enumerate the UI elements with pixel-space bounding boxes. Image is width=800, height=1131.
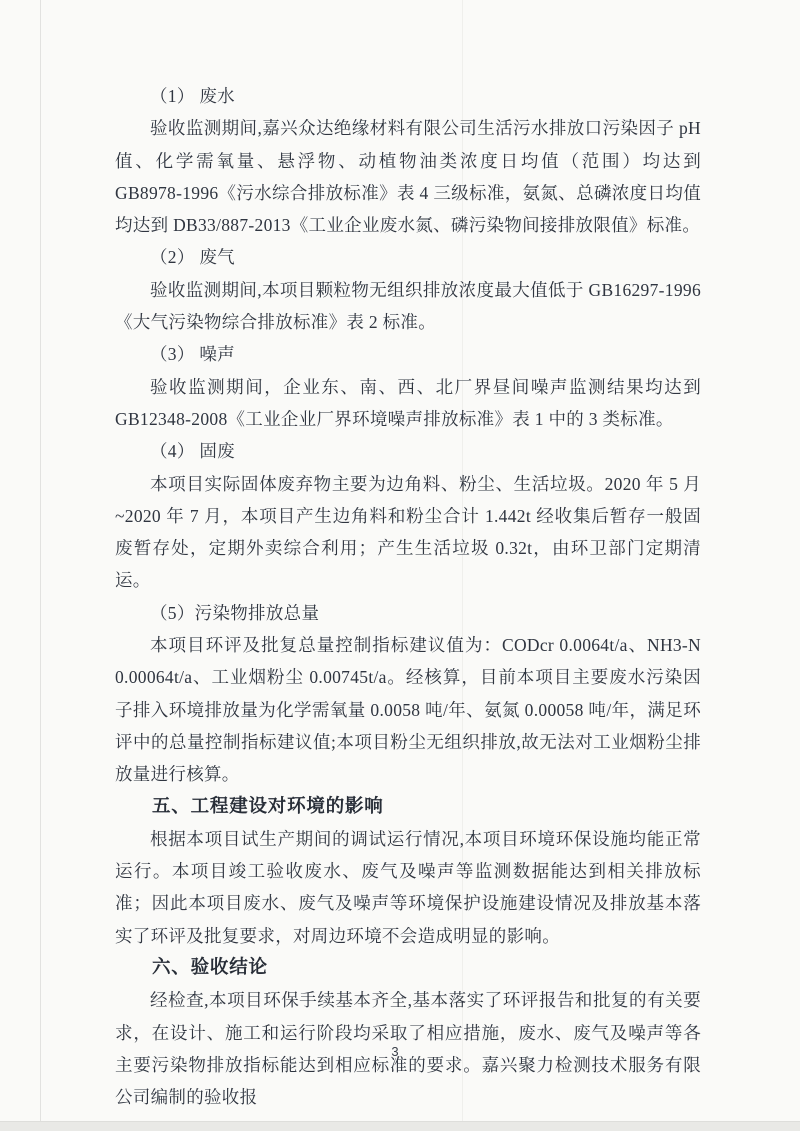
page-number: 3	[0, 1044, 790, 1059]
scan-bottom-edge	[0, 1121, 800, 1131]
document-content: （1） 废水 验收监测期间,嘉兴众达绝缘材料有限公司生活污水排放口污染因子 pH…	[115, 80, 701, 1114]
heading-section-5-environmental-impact: 五、工程建设对环境的影响	[115, 791, 701, 823]
subheading-solid-waste: （4） 固废	[115, 435, 701, 467]
paragraph-wastewater: 验收监测期间,嘉兴众达绝缘材料有限公司生活污水排放口污染因子 pH 值、化学需氧…	[115, 112, 701, 241]
paragraph-exhaust-gas: 验收监测期间,本项目颗粒物无组织排放浓度最大值低于 GB16297-1996《大…	[115, 274, 701, 339]
heading-section-6-acceptance-conclusion: 六、验收结论	[115, 952, 701, 984]
scan-crease-left	[40, 0, 41, 1122]
scanned-report-page: （1） 废水 验收监测期间,嘉兴众达绝缘材料有限公司生活污水排放口污染因子 pH…	[0, 0, 800, 1131]
paragraph-environmental-impact: 根据本项目试生产期间的调试运行情况,本项目环境环保设施均能正常运行。本项目竣工验…	[115, 823, 701, 952]
subheading-total-emissions: （5）污染物排放总量	[115, 597, 701, 629]
paragraph-total-emissions: 本项目环评及批复总量控制指标建议值为：CODcr 0.0064t/a、NH3-N…	[115, 629, 701, 790]
paragraph-noise: 验收监测期间，企业东、南、西、北厂界昼间噪声监测结果均达到 GB12348-20…	[115, 371, 701, 436]
subheading-wastewater: （1） 废水	[115, 80, 701, 112]
subheading-noise: （3） 噪声	[115, 338, 701, 370]
paragraph-solid-waste: 本项目实际固体废弃物主要为边角料、粉尘、生活垃圾。2020 年 5 月~2020…	[115, 468, 701, 597]
subheading-exhaust-gas: （2） 废气	[115, 241, 701, 273]
